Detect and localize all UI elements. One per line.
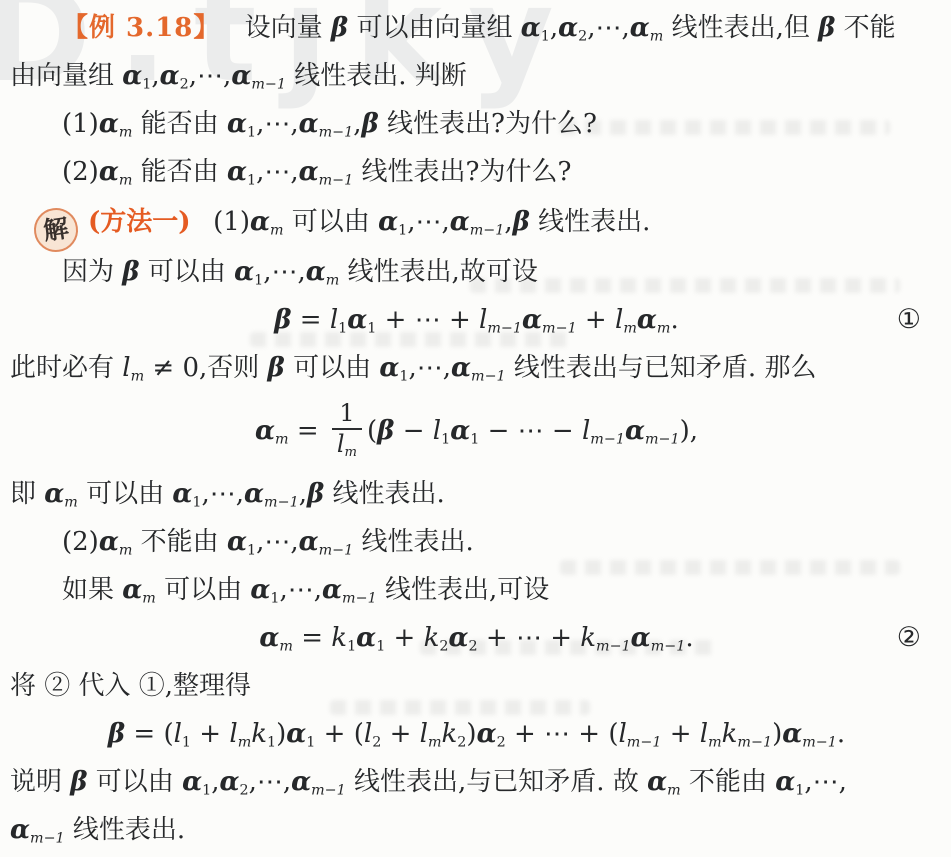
text-segment: α <box>219 767 239 797</box>
text-segment: α <box>244 479 264 509</box>
text-segment: β <box>331 13 348 43</box>
text-segment: − ⋯ − <box>479 416 582 446</box>
text-segment: α <box>631 623 651 653</box>
equation-line: αm = k1α1 + k2α2 + ⋯ + km−1αm−1.② <box>10 614 943 662</box>
text-segment: 2 <box>239 782 248 798</box>
text-segment: m <box>142 590 156 606</box>
text-segment: 此时必有 <box>10 353 122 383</box>
text-segment: , <box>151 61 159 91</box>
text-segment: l <box>420 719 428 749</box>
text-segment: l <box>174 719 182 749</box>
text-segment: ,⋯, <box>587 13 630 43</box>
text-segment: 可以由 <box>285 353 380 383</box>
text-segment: m <box>650 28 664 44</box>
text-segment: 2 <box>578 28 587 44</box>
equation-line: β = l1α1 + ⋯ + lm−1αm−1 + lmαm.① <box>10 296 943 344</box>
text-segment: m−1 <box>645 431 680 447</box>
text-segment: α <box>227 157 247 187</box>
text-segment: 因为 <box>62 257 122 287</box>
text-segment: m−1 <box>471 368 506 384</box>
text-segment: + <box>191 719 229 749</box>
text-segment: l <box>433 416 441 446</box>
text-segment: ,⋯, <box>256 527 299 557</box>
text-segment: l <box>337 430 345 458</box>
text-segment: + ( <box>315 719 363 749</box>
text-segment: k <box>331 623 347 653</box>
text-segment: α <box>451 353 471 383</box>
text-segment: 2 <box>372 734 381 750</box>
text-segment: α <box>630 13 650 43</box>
text-segment: α <box>647 767 667 797</box>
text-segment: m−1 <box>319 124 354 140</box>
text-segment: m <box>270 222 284 238</box>
text-segment: (2) <box>62 157 99 187</box>
text-segment: k <box>251 719 267 749</box>
text-line: 【例 3.18】 设向量 β 可以由向量组 α1,α2,⋯,αm 线性表出,但 … <box>10 4 943 52</box>
text-segment: , <box>299 479 307 509</box>
text-segment: β <box>513 207 530 237</box>
text-segment: 线性表出,故可设 <box>339 257 538 287</box>
text-segment: , <box>504 207 512 237</box>
text-segment: α <box>306 257 326 287</box>
text-segment: 1 <box>470 431 479 447</box>
text-segment: α <box>782 719 802 749</box>
text-segment: α <box>521 13 541 43</box>
text-segment: α <box>160 61 180 91</box>
text-segment: 2 <box>469 638 478 654</box>
text-segment: 1 <box>247 124 256 140</box>
text-segment: 2 <box>439 638 448 654</box>
text-segment: l <box>700 719 708 749</box>
text-segment: α <box>299 109 319 139</box>
text-segment: ,⋯, <box>256 109 299 139</box>
text-segment: 1 <box>270 590 279 606</box>
text-segment: α <box>291 767 311 797</box>
text-segment: 不能由 <box>681 767 776 797</box>
text-segment: α <box>379 353 399 383</box>
text-line: 即 αm 可以由 α1,⋯,αm−1,β 线性表出. <box>10 470 943 518</box>
text-segment: ,⋯, <box>202 479 245 509</box>
text-segment: m−1 <box>802 734 837 750</box>
text-segment: 可以由 <box>284 207 379 237</box>
example-3-18-solution: 【例 3.18】 设向量 β 可以由向量组 α1,α2,⋯,αm 线性表出,但 … <box>10 4 943 854</box>
text-segment: 线性表出. <box>530 207 651 237</box>
text-segment: 线性表出?为什么? <box>379 109 597 139</box>
text-segment: 2 <box>180 76 189 92</box>
text-segment: m−1 <box>737 734 772 750</box>
text-segment: + <box>577 305 615 335</box>
text-segment: ) <box>772 719 782 749</box>
text-segment: α <box>286 719 306 749</box>
text-segment: 线性表出,与已知矛盾. 故 <box>346 767 647 797</box>
text-segment: 1 <box>376 638 385 654</box>
text-segment: l <box>330 305 338 335</box>
text-segment: ,⋯, <box>256 157 299 187</box>
text-line: 由向量组 α1,α2,⋯,αm−1 线性表出. 判断 <box>10 52 943 100</box>
text-line: 此时必有 lm ≠ 0,否则 β 可以由 α1,⋯,αm−1 线性表出与已知矛盾… <box>10 344 943 392</box>
text-line: 解(方法一) (1)αm 可以由 α1,⋯,αm−1,β 线性表出. <box>10 196 943 248</box>
text-segment: α <box>234 257 254 287</box>
text-line: 说明 β 可以由 α1,α2,⋯,αm−1 线性表出,与已知矛盾. 故 αm 不… <box>10 758 943 806</box>
text-segment: α <box>299 527 319 557</box>
text-segment: m <box>326 272 340 288</box>
text-segment: , <box>353 109 361 139</box>
text-segment: 1 <box>347 638 356 654</box>
text-segment: α <box>227 527 247 557</box>
text-segment: 由向量组 <box>10 61 122 91</box>
text-segment: 1 <box>338 320 347 336</box>
text-segment: α <box>227 109 247 139</box>
text-segment: + <box>381 719 419 749</box>
text-segment: β <box>818 13 835 43</box>
text-segment: k <box>424 623 440 653</box>
text-segment: β <box>70 767 87 797</box>
text-segment: ), <box>680 416 698 446</box>
text-segment: m <box>667 782 681 798</box>
text-segment: α <box>450 416 470 446</box>
text-segment: 线性表出. 判断 <box>286 61 467 91</box>
text-segment: k <box>442 719 458 749</box>
text-segment: α <box>10 815 30 845</box>
text-segment: m <box>279 638 293 654</box>
text-segment: α <box>477 719 497 749</box>
text-line: 因为 β 可以由 α1,⋯,αm 线性表出,故可设 <box>10 248 943 296</box>
text-segment: 可以由 <box>156 575 251 605</box>
equation-number: ② <box>897 614 921 662</box>
text-segment: + ⋯ + ( <box>506 719 619 749</box>
text-segment: α <box>99 527 119 557</box>
text-segment: 1 <box>441 431 450 447</box>
text-segment: m−1 <box>627 734 662 750</box>
text-segment: α <box>558 13 578 43</box>
text-segment: (2) <box>62 527 99 557</box>
text-segment: m−1 <box>342 590 377 606</box>
text-segment: m−1 <box>30 830 65 846</box>
text-segment: α <box>637 305 657 335</box>
text-segment: α <box>122 61 142 91</box>
text-segment: 可以由 <box>78 479 173 509</box>
text-segment: β <box>274 305 291 335</box>
text-segment: m <box>119 124 133 140</box>
text-segment: (1) <box>62 109 99 139</box>
text-segment: m <box>238 734 252 750</box>
text-segment: m−1 <box>251 76 286 92</box>
text-segment: α <box>378 207 398 237</box>
text-segment: ,⋯, <box>263 257 306 287</box>
text-segment: + ⋯ + <box>376 305 479 335</box>
text-segment: + ⋯ + <box>478 623 581 653</box>
text-segment: m <box>64 494 78 510</box>
text-segment: m−1 <box>311 782 346 798</box>
text-segment: α <box>250 575 270 605</box>
text-segment: 能否由 <box>132 109 227 139</box>
example-label: 【例 3.18】 <box>62 13 220 43</box>
text-segment: ) <box>466 719 476 749</box>
text-segment: α <box>322 575 342 605</box>
text-segment: ( <box>367 416 377 446</box>
text-segment: = <box>289 416 327 446</box>
text-segment: l <box>229 719 237 749</box>
text-segment: β <box>362 109 379 139</box>
text-segment: β <box>268 353 285 383</box>
text-segment: m <box>119 542 133 558</box>
text-segment: k <box>722 719 738 749</box>
text-segment: 即 <box>10 479 44 509</box>
text-segment: + <box>385 623 423 653</box>
text-segment: α <box>775 767 795 797</box>
fraction-numerator: 1 <box>332 401 362 429</box>
text-segment: − <box>394 416 432 446</box>
text-segment: m <box>131 368 145 384</box>
text-segment: 不能 <box>835 13 895 43</box>
text-segment: = <box>292 305 330 335</box>
text-segment: m <box>275 431 289 447</box>
text-segment: 线性表出,但 <box>663 13 818 43</box>
text-line: αm−1 线性表出. <box>10 806 943 854</box>
text-segment: + <box>661 719 699 749</box>
text-segment: α <box>122 575 142 605</box>
text-segment: m <box>623 320 637 336</box>
text-segment: ,⋯, <box>804 767 847 797</box>
text-line: (1)αm 能否由 α1,⋯,αm−1,β 线性表出?为什么? <box>10 100 943 148</box>
text-segment: l <box>364 719 372 749</box>
text-segment: β <box>307 479 324 509</box>
text-segment: α <box>449 623 469 653</box>
text-segment: ,⋯, <box>407 207 450 237</box>
text-segment: m <box>708 734 722 750</box>
text-segment: m−1 <box>319 542 354 558</box>
text-segment: α <box>356 623 376 653</box>
equation-line: β = (l1 + lmk1)α1 + (l2 + lmk2)α2 + ⋯ + … <box>10 710 943 758</box>
text-segment: α <box>231 61 251 91</box>
text-segment: ,⋯, <box>249 767 292 797</box>
text-segment: ,⋯, <box>189 61 232 91</box>
text-segment: β <box>108 719 125 749</box>
text-segment: α <box>172 479 192 509</box>
text-segment: 1 <box>795 782 804 798</box>
text-segment: α <box>255 416 275 446</box>
text-segment: α <box>44 479 64 509</box>
text-segment: α <box>182 767 202 797</box>
text-segment: α <box>299 157 319 187</box>
text-segment: . <box>670 305 678 335</box>
text-line: (2)αm 不能由 α1,⋯,αm−1 线性表出. <box>10 518 943 566</box>
text-segment: l <box>618 719 626 749</box>
text-segment: ≠ 0,否则 <box>144 353 267 383</box>
text-segment: m <box>345 444 357 459</box>
fraction-denominator: lm <box>332 430 362 457</box>
text-segment: 1 <box>398 222 407 238</box>
text-segment: 线性表出,可设 <box>377 575 550 605</box>
text-segment: m−1 <box>596 638 631 654</box>
text-segment: = ( <box>125 719 173 749</box>
text-segment: 能否由 <box>132 157 227 187</box>
text-segment: . <box>685 623 693 653</box>
text-segment: m <box>657 320 671 336</box>
text-segment: α <box>99 109 119 139</box>
text-segment: 设向量 <box>236 13 331 43</box>
text-segment: 可以由 <box>140 257 235 287</box>
text-line: (2)αm 能否由 α1,⋯,αm−1 线性表出?为什么? <box>10 148 943 196</box>
text-segment: β <box>122 257 139 287</box>
text-segment: 线性表出. <box>65 815 186 845</box>
text-segment: α <box>522 305 542 335</box>
fraction: 1lm <box>332 401 362 456</box>
text-segment: l <box>122 353 130 383</box>
method-label: (方法一) <box>88 207 191 237</box>
text-segment: m−1 <box>590 431 625 447</box>
text-segment: 1 <box>267 734 276 750</box>
textbook-page: D.tjky 【例 3.18】 设向量 β 可以由向量组 α1,α2,⋯,αm … <box>0 0 951 857</box>
equation-number: ① <box>897 296 921 344</box>
text-segment: m <box>428 734 442 750</box>
text-segment: α <box>99 157 119 187</box>
text-segment: ,⋯, <box>408 353 451 383</box>
text-segment: α <box>625 416 645 446</box>
text-segment: 1 <box>192 494 201 510</box>
text-segment: 可以由向量组 <box>348 13 521 43</box>
text-segment: = <box>293 623 331 653</box>
text-line: 如果 αm 可以由 α1,⋯,αm−1 线性表出,可设 <box>10 566 943 614</box>
text-segment: 2 <box>497 734 506 750</box>
text-segment: β <box>377 416 394 446</box>
equation-line: αm = 1lm(β − l1α1 − ⋯ − lm−1αm−1), <box>10 392 943 470</box>
text-segment: 1 <box>541 28 550 44</box>
text-segment: 线性表出与已知矛盾. 那么 <box>506 353 817 383</box>
text-segment: m−1 <box>264 494 299 510</box>
text-segment: ) <box>276 719 286 749</box>
text-segment: α <box>450 207 470 237</box>
text-segment: 不能由 <box>132 527 227 557</box>
text-segment: 1 <box>247 542 256 558</box>
text-segment: 如果 <box>62 575 122 605</box>
text-segment: α <box>347 305 367 335</box>
text-segment: , <box>550 13 558 43</box>
text-segment: 可以由 <box>88 767 183 797</box>
text-segment: m−1 <box>651 638 686 654</box>
text-segment: 1 <box>182 734 191 750</box>
text-segment: 1 <box>254 272 263 288</box>
text-segment: 说明 <box>10 767 70 797</box>
text-segment: 线性表出. <box>353 527 474 557</box>
text-segment: m−1 <box>487 320 522 336</box>
text-segment: m <box>119 172 133 188</box>
text-segment: 1 <box>202 782 211 798</box>
text-segment: ,⋯, <box>280 575 323 605</box>
text-segment: 线性表出. <box>324 479 445 509</box>
text-segment: m−1 <box>319 172 354 188</box>
text-segment: (1) <box>197 207 250 237</box>
text-segment: α <box>250 207 270 237</box>
text-segment: 线性表出?为什么? <box>353 157 571 187</box>
text-segment: . <box>837 719 845 749</box>
text-line: 将 ② 代入 ①,整理得 <box>10 662 943 710</box>
text-segment: 将 ② 代入 ①,整理得 <box>10 671 251 701</box>
text-segment: 1 <box>339 399 354 427</box>
text-segment: m−1 <box>470 222 505 238</box>
text-segment: 1 <box>247 172 256 188</box>
text-segment: k <box>580 623 596 653</box>
text-segment: m−1 <box>542 320 577 336</box>
text-segment: α <box>259 623 279 653</box>
